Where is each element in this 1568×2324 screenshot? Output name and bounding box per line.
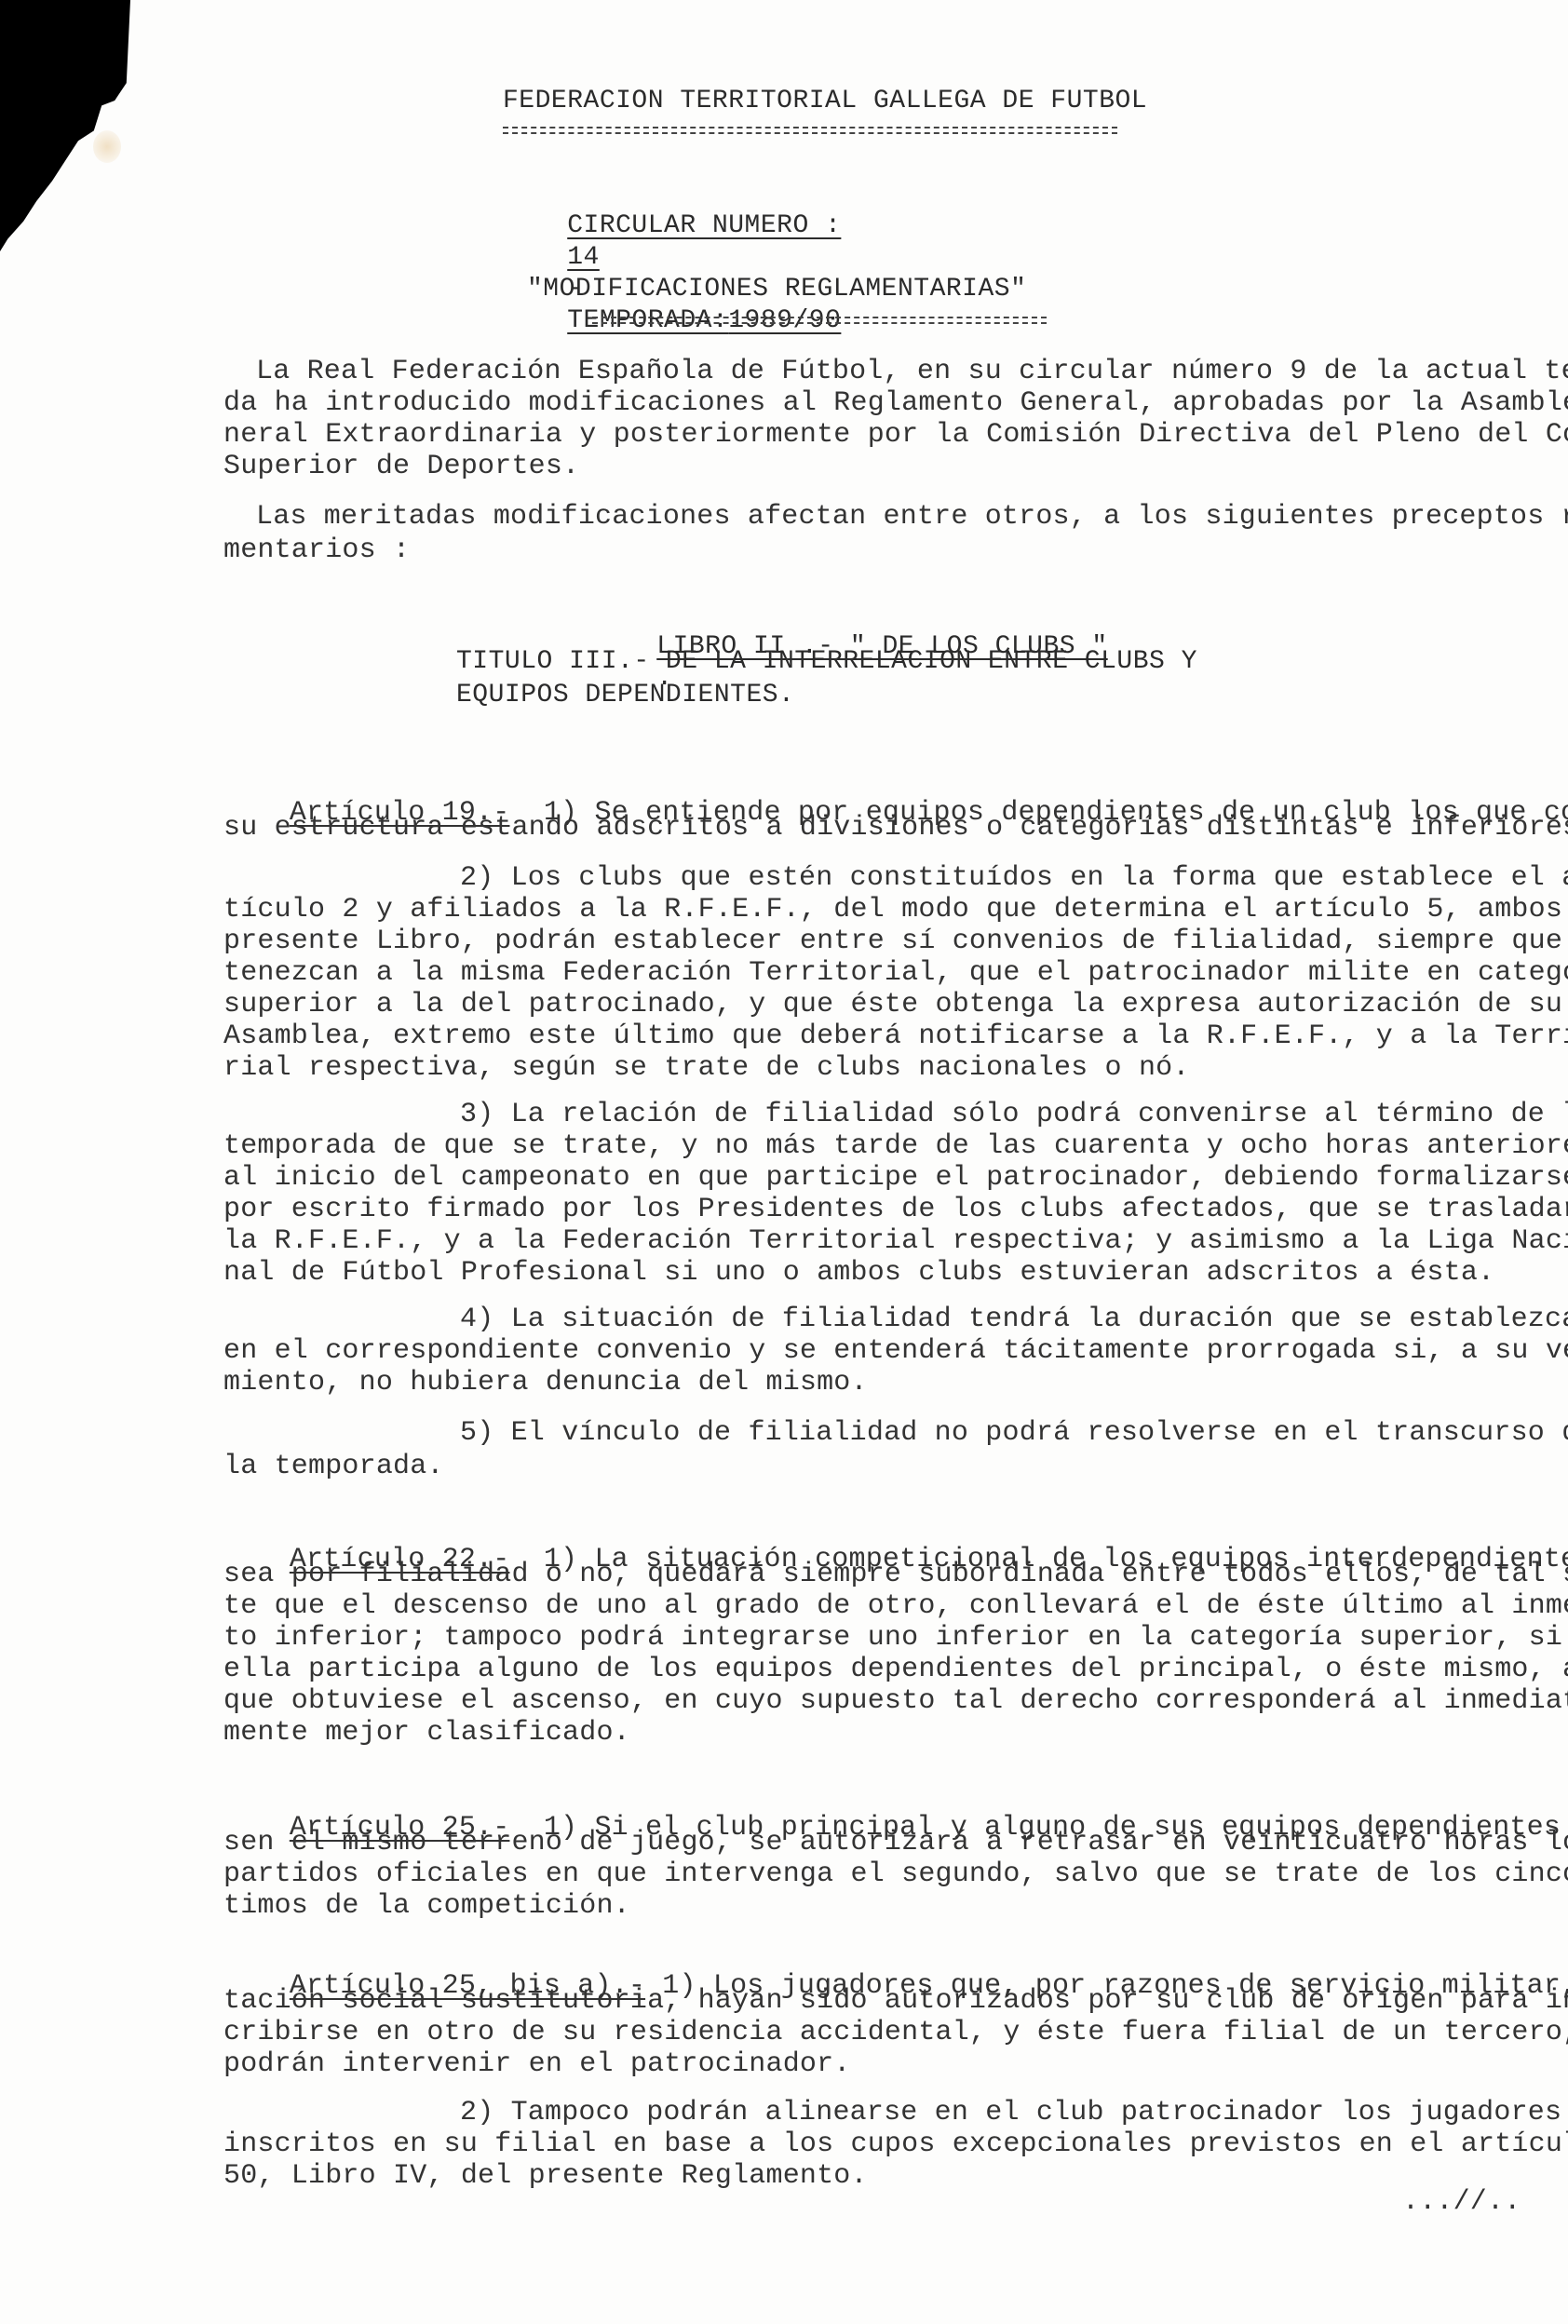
article-25bis-p1-line-1: tación social sustitutoria, hayan sido a… [223, 1985, 1568, 2017]
circular-label: CIRCULAR NUMERO : [567, 211, 841, 240]
article-19-p3-line-4: la R.F.E.F., y a la Federación Territori… [223, 1225, 1568, 1257]
article-25bis-p2-lead: 2) Tampoco podrán alinearse en el club p… [460, 2097, 1568, 2128]
intro-p1-line-1: La Real Federación Española de Fútbol, e… [256, 356, 1568, 387]
article-22-p1-line-1: sea por filialidad o no, quedará siempre… [223, 1559, 1568, 1590]
torn-corner [0, 0, 130, 251]
intro-p1-line-4: Superior de Deportes. [223, 451, 579, 482]
article-19-p3-lead: 3) La relación de filialidad sólo podrá … [460, 1099, 1568, 1130]
organization-title: FEDERACION TERRITORIAL GALLEGA DE FUTBOL [503, 86, 1147, 117]
article-22-p1-line-4: ella participa alguno de los equipos dep… [223, 1654, 1568, 1685]
title-heading-line-2: EQUIPOS DEPENDIENTES. [456, 680, 794, 711]
article-22-p1-line-5: que obtuviese el ascenso, en cuyo supues… [223, 1685, 1568, 1717]
article-19-p2-line-2: presente Libro, podrán establecer entre … [223, 926, 1568, 957]
article-19-p2-line-3: tenezcan a la misma Federación Territori… [223, 957, 1568, 989]
intro-p2-line-1: Las meritadas modificaciones afectan ent… [256, 501, 1568, 533]
article-19-p2-line-1: tículo 2 y afiliados a la R.F.E.F., del … [223, 894, 1568, 926]
article-25bis-p1-line-2: cribirse en otro de su residencia accide… [223, 2017, 1568, 2048]
article-19-p2-lead: 2) Los clubs que estén constituídos en l… [460, 862, 1568, 894]
article-25-p1-line-1: sen el mismo terreno de juego, se autori… [223, 1827, 1568, 1858]
article-19-p3-line-2: al inicio del campeonato en que particip… [223, 1162, 1568, 1194]
article-19-p1-line-1: su estructura estando adscritos a divisi… [223, 812, 1568, 844]
article-22-p1-line-2: te que el descenso de uno al grado de ot… [223, 1590, 1568, 1622]
title-heading-line-1: TITULO III.- DE LA INTERRELACION ENTRE C… [456, 646, 1197, 678]
article-19-p2-line-6: rial respectiva, según se trate de clubs… [223, 1052, 1190, 1084]
intro-p1-line-3: neral Extraordinaria y posteriormente po… [223, 419, 1568, 451]
circular-number: 14 [567, 243, 600, 272]
header-double-rule [503, 127, 1117, 134]
article-25-p1-line-2: partidos oficiales en que intervenga el … [223, 1858, 1568, 1890]
article-25bis-p1-line-3: podrán intervenir en el patrocinador. [223, 2048, 851, 2080]
article-25-p1-line-3: timos de la competición. [223, 1890, 630, 1922]
subject-title: "MODIFICACIONES REGLAMENTARIAS" [527, 274, 1026, 305]
subject-double-rule [592, 317, 1047, 324]
article-22-p1-line-6: mente mejor clasificado. [223, 1717, 630, 1749]
paper-stain [93, 130, 121, 163]
article-19-p4-line-2: miento, no hubiera denuncia del mismo. [223, 1367, 868, 1398]
article-19-p5-lead: 5) El vínculo de filialidad no podrá res… [460, 1417, 1568, 1449]
article-19-p4-line-1: en el correspondiente convenio y se ente… [223, 1335, 1568, 1367]
continuation-mark: ...//.. [1402, 2186, 1521, 2218]
article-25bis-p2-line-2: 50, Libro IV, del presente Reglamento. [223, 2160, 868, 2192]
article-19-p4-lead: 4) La situación de filialidad tendrá la … [460, 1304, 1568, 1335]
article-25bis-p2-line-1: inscritos en su filial en base a los cup… [223, 2128, 1568, 2160]
article-19-p3-line-3: por escrito firmado por los Presidentes … [223, 1194, 1568, 1225]
article-19-p3-line-1: temporada de que se trate, y no más tard… [223, 1130, 1568, 1162]
article-19-p2-line-5: Asamblea, extremo este último que deberá… [223, 1020, 1568, 1052]
article-19-p5-line-1: la temporada. [223, 1451, 444, 1482]
intro-p2-line-2: mentarios : [223, 534, 410, 566]
intro-p1-line-2: da ha introducido modificaciones al Regl… [223, 387, 1568, 419]
article-19-p3-line-5: nal de Fútbol Profesional si uno o ambos… [223, 1257, 1494, 1289]
article-22-p1-line-3: to inferior; tampoco podrá integrarse un… [223, 1622, 1568, 1654]
document-page: FEDERACION TERRITORIAL GALLEGA DE FUTBOL… [0, 0, 1568, 2324]
article-19-p2-line-4: superior a la del patrocinado, y que ést… [223, 989, 1568, 1020]
